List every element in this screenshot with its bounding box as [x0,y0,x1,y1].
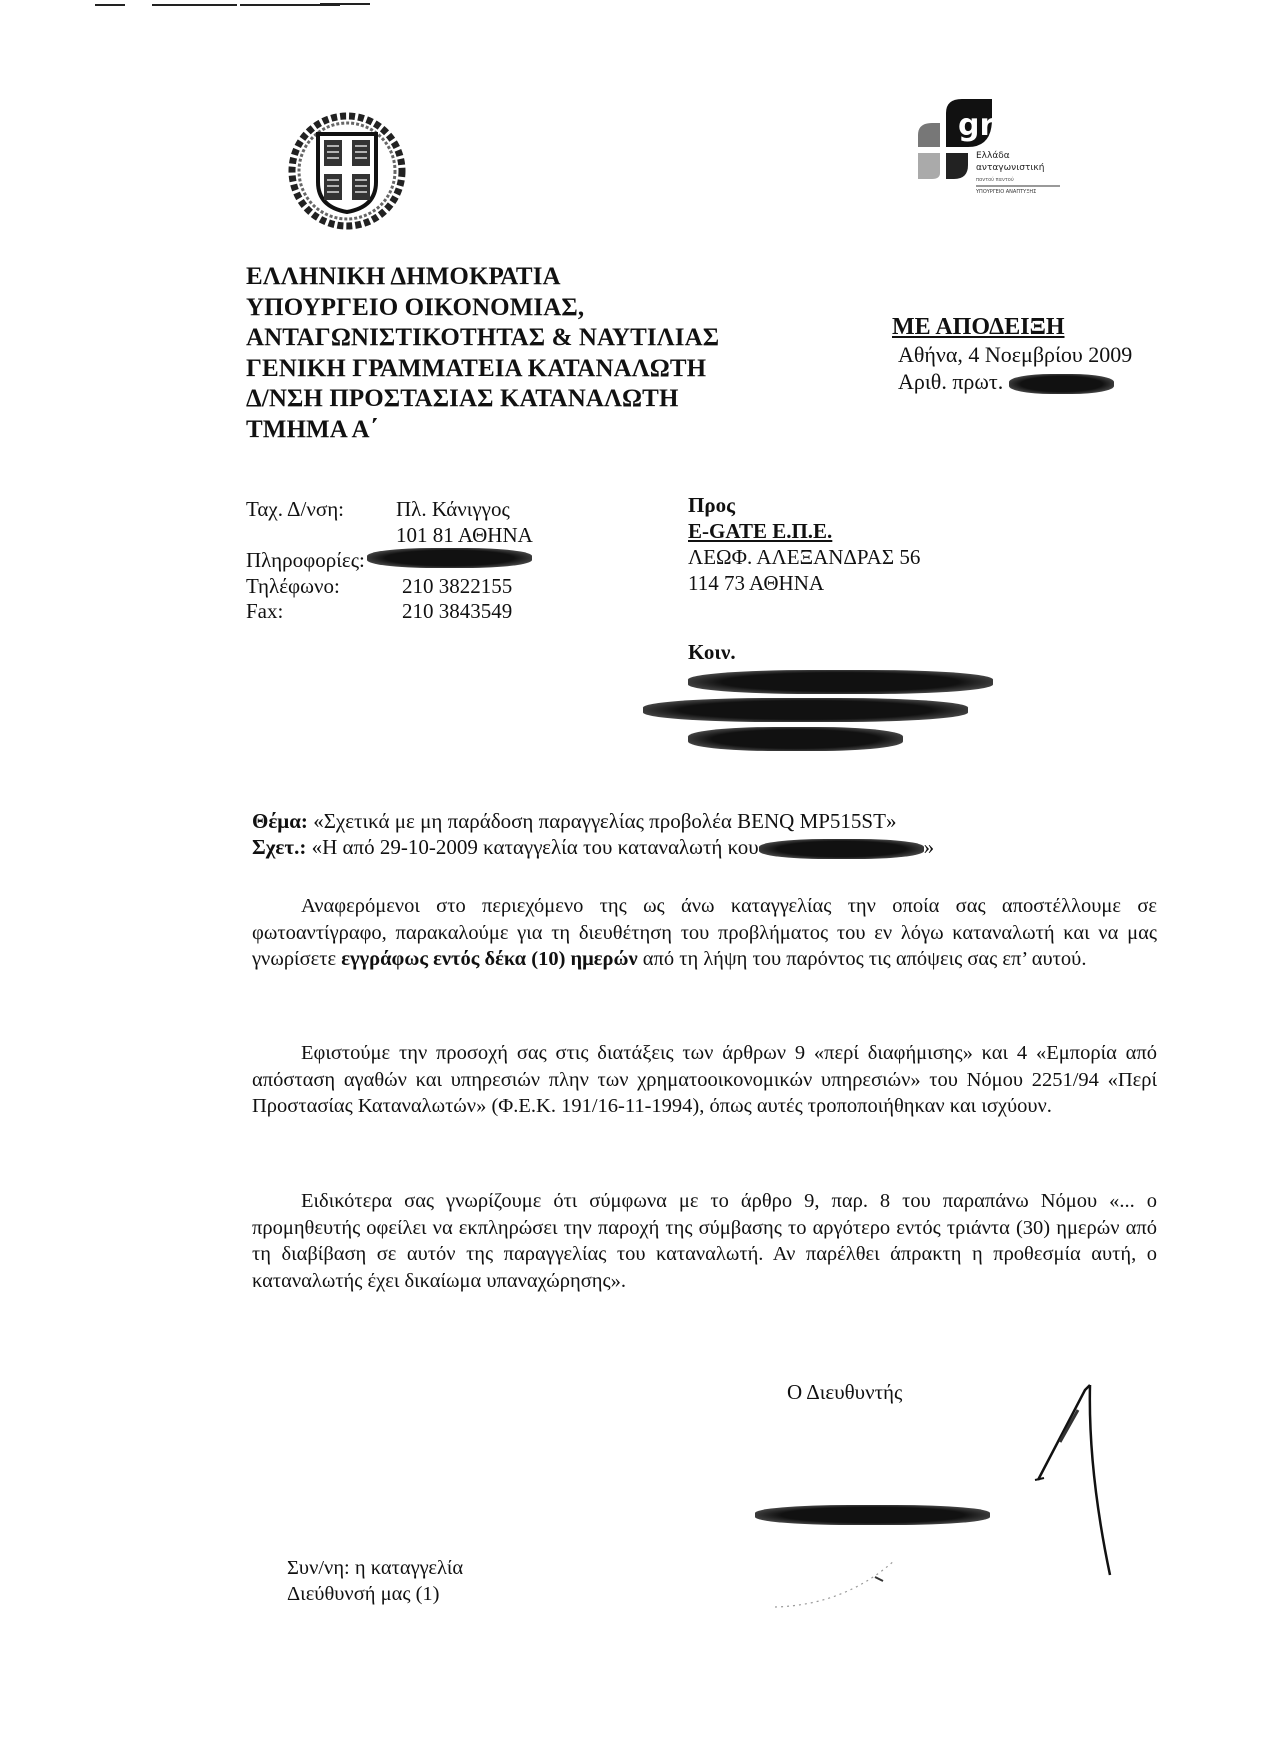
svg-text:Ελλάδα: Ελλάδα [976,151,1010,161]
fax-number: 210 3843549 [402,599,512,625]
header-line: ΤΜΗΜΑ Α΄ [246,415,719,446]
distribution-line: Διεύθυνσή μας (1) [287,1581,463,1607]
greek-coat-of-arms-emblem-icon [288,112,406,230]
address-line-1: Πλ. Κάνιγγος [396,497,510,523]
redacted-cc-line [643,698,968,722]
receipt-date-block: ΜΕ ΑΠΟΔΕΙΞΗ Αθήνα, 4 Νοεμβρίου 2009 Αριθ… [898,314,1132,395]
scan-artifact-line [320,3,370,5]
subject-text: «Σχετικά με μη παράδοση παραγγελίας προβ… [313,809,896,833]
scan-artifact-line [152,4,237,6]
address-label: Ταχ. Δ/νση: [246,497,396,523]
header-line: Δ/ΝΣΗ ΠΡΟΣΤΑΣΙΑΣ ΚΑΤΑΝΑΛΩΤΗ [246,384,719,415]
reference-label: Σχετ.: [252,835,306,859]
redacted-cc-line [688,670,993,694]
subject-label: Θέμα: [252,809,308,833]
header-line: ΥΠΟΥΡΓΕΙΟ ΟΙΚΟΝΟΜΙΑΣ, [246,293,719,324]
redacted-cc-line [688,727,903,751]
scan-artifact-line [95,4,125,6]
svg-text:ανταγωνιστική: ανταγωνιστική [976,163,1044,173]
body-paragraph-1: Αναφερόμενοι στο περιεχόμενο της ως άνω … [252,893,1157,973]
header-line: ΓΕΝΙΚΗ ΓΡΑΜΜΑΤΕΙΑ ΚΑΤΑΝΑΛΩΤΗ [246,354,719,385]
info-label: Πληροφορίες: [246,548,365,574]
cc-label: Κοιν. [688,638,993,666]
redacted-protocol-number [1009,374,1114,394]
fax-label: Fax: [246,599,396,625]
receipt-title: ΜΕ ΑΠΟΔΕΙΞΗ [892,314,1132,341]
recipient-city: 114 73 ΑΘΗΝΑ [688,570,920,596]
director-title: Ο Διευθυντής [787,1380,902,1405]
reference-line: Σχετ.: «Η από 29-10-2009 καταγγελία του … [252,834,934,860]
subject-line: Θέμα: «Σχετικά με μη παράδοση παραγγελία… [252,808,934,834]
svg-text:gr: gr [958,108,994,143]
redacted-info-contact [367,548,532,568]
cc-block: Κοιν. [688,638,993,751]
body-paragraph-2: Εφιστούμε την προσοχή σας στις διατάξεις… [252,1040,1157,1120]
deadline-emphasis: εγγράφως εντός δέκα (10) ημερών [341,948,637,970]
protocol-number: Αριθ. πρωτ. [898,368,1132,395]
address-line-2: 101 81 ΑΘΗΝΑ [396,523,533,549]
recipient-company: E-GATE Ε.Π.Ε. [688,518,920,544]
to-label: Προς [688,492,920,518]
phone-number: 210 3822155 [402,574,512,600]
attachments-block: Συν/νη: η καταγγελία Διεύθυνσή μας (1) [287,1555,463,1607]
handwritten-signature-icon [1030,1380,1120,1580]
letter-date: Αθήνα, 4 Νοεμβρίου 2009 [898,341,1132,368]
redacted-director-name [755,1505,990,1525]
recipient-block: Προς E-GATE Ε.Π.Ε. ΛΕΩΦ. ΑΛΕΞΑΝΔΡΑΣ 56 1… [688,492,920,596]
sender-contact-block: Ταχ. Δ/νση:Πλ. Κάνιγγος 101 81 ΑΘΗΝΑ Πλη… [246,497,533,625]
body-paragraph-3: Ειδικότερα σας γνωρίζουμε ότι σύμφωνα με… [252,1188,1157,1294]
greece-competitive-logo: gr Ελλάδα ανταγωνιστική παντού παντού ΥΠ… [910,95,1075,210]
header-line: ΑΝΤΑΓΩΝΙΣΤΙΚΟΤΗΤΑΣ & ΝΑΥΤΙΛΙΑΣ [246,323,719,354]
stamp-trace-icon [755,1545,915,1615]
header-line: ΕΛΛΗΝΙΚΗ ΔΗΜΟΚΡΑΤΙΑ [246,262,719,293]
phone-label: Τηλέφωνο: [246,574,396,600]
reference-text: «Η από 29-10-2009 καταγγελία του καταναλ… [312,835,759,859]
svg-text:παντού παντού: παντού παντού [976,176,1014,183]
subject-block: Θέμα: «Σχετικά με μη παράδοση παραγγελία… [252,808,934,860]
ministry-header: ΕΛΛΗΝΙΚΗ ΔΗΜΟΚΡΑΤΙΑ ΥΠΟΥΡΓΕΙΟ ΟΙΚΟΝΟΜΙΑΣ… [246,262,719,445]
attachment-line: Συν/νη: η καταγγελία [287,1555,463,1581]
protocol-label: Αριθ. πρωτ. [898,369,1003,394]
redacted-consumer-name [759,839,924,859]
svg-text:ΥΠΟΥΡΓΕΙΟ ΑΝΑΠΤΥΞΗΣ: ΥΠΟΥΡΓΕΙΟ ΑΝΑΠΤΥΞΗΣ [975,189,1036,195]
recipient-street: ΛΕΩΦ. ΑΛΕΞΑΝΔΡΑΣ 56 [688,544,920,570]
